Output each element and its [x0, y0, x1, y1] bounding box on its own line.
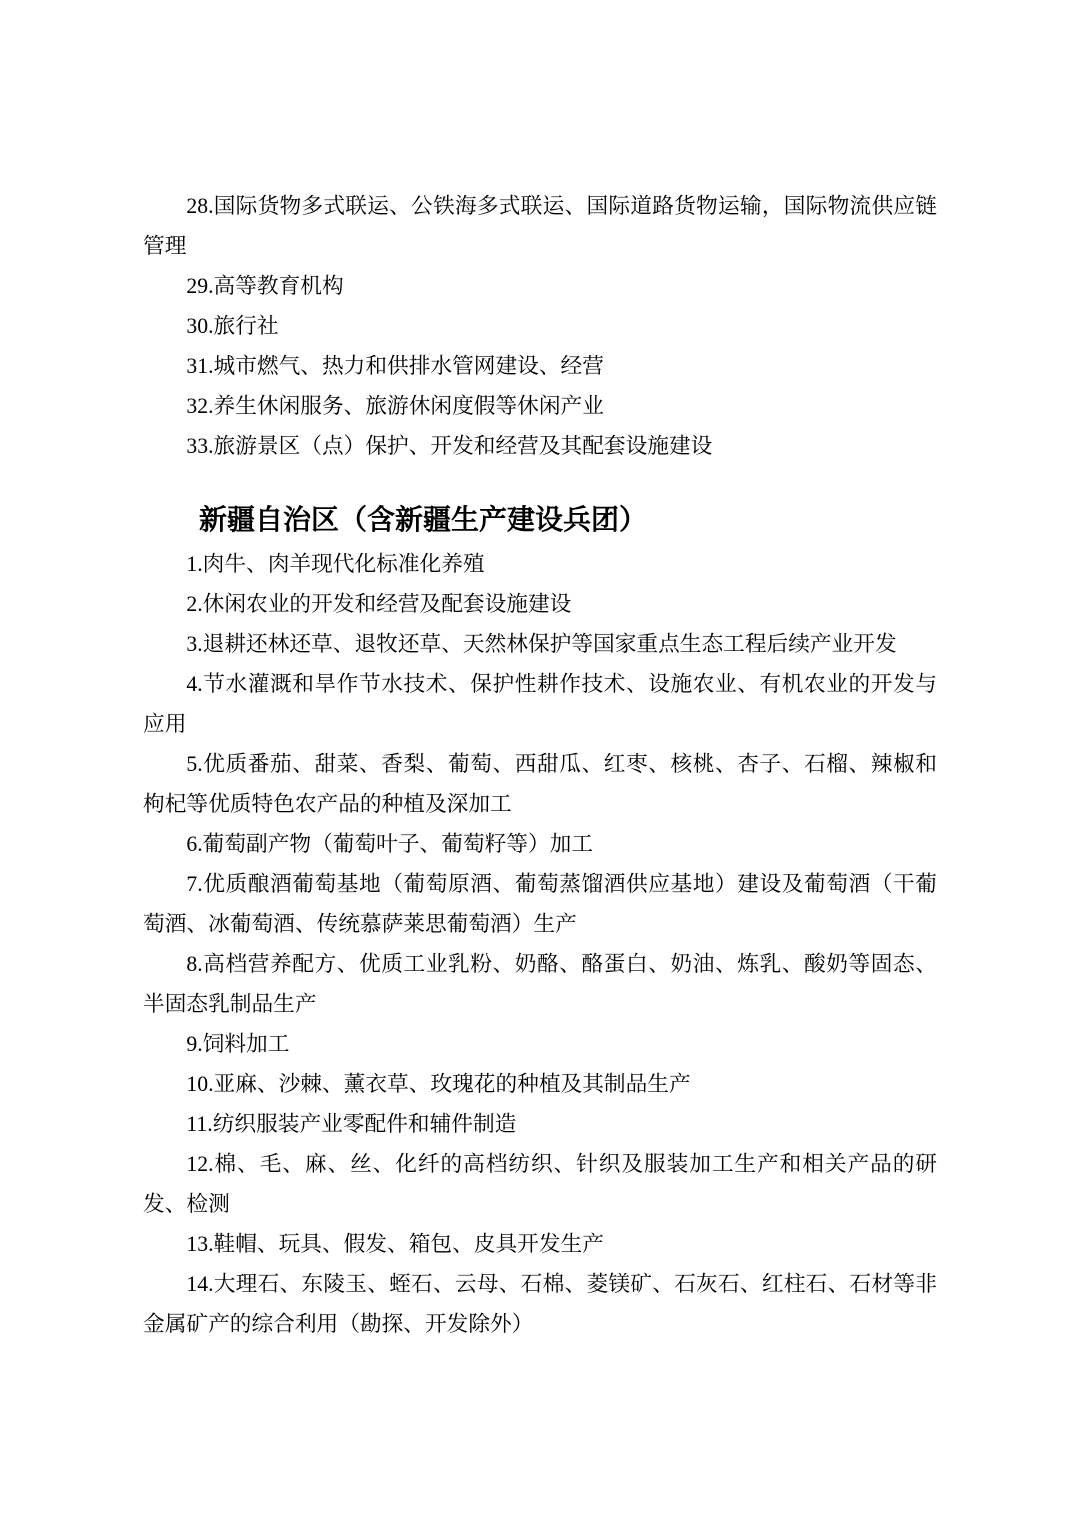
item-number: 12.: [186, 1152, 213, 1176]
item-number: 7.: [186, 872, 202, 896]
item-text: 优质番茄、甜菜、香梨、葡萄、西甜瓜、红枣、核桃、杏子、石榴、辣椒和枸杞等优质特色…: [143, 752, 937, 816]
item-text: 高等教育机构: [214, 274, 344, 298]
item-number: 1.: [186, 552, 202, 576]
item-number: 10.: [186, 1072, 213, 1096]
item-number: 11.: [186, 1112, 212, 1136]
item-text: 休闲农业的开发和经营及配套设施建设: [203, 592, 572, 616]
item-text: 旅行社: [214, 314, 279, 338]
item-text: 养生休闲服务、旅游休闲度假等休闲产业: [214, 394, 604, 418]
item-text: 肉牛、肉羊现代化标准化养殖: [203, 552, 485, 576]
list-item: 30.旅行社: [143, 306, 937, 346]
document-page: 28.国际货物多式联运、公铁海多式联运、国际道路货物运输，国际物流供应链管理 2…: [0, 0, 1074, 1520]
item-text: 鞋帽、玩具、假发、箱包、皮具开发生产: [214, 1232, 604, 1256]
list-item: 7.优质酿酒葡萄基地（葡萄原酒、葡萄蒸馏酒供应基地）建设及葡萄酒（干葡萄酒、冰葡…: [143, 864, 937, 944]
section-heading: 新疆自治区（含新疆生产建设兵团）: [143, 496, 937, 544]
item-number: 14.: [186, 1272, 213, 1296]
item-text: 退耕还林还草、退牧还草、天然林保护等国家重点生态工程后续产业开发: [203, 632, 897, 656]
list-item: 28.国际货物多式联运、公铁海多式联运、国际道路货物运输，国际物流供应链管理: [143, 186, 937, 266]
item-number: 6.: [186, 832, 202, 856]
item-number: 5.: [186, 752, 202, 776]
item-text: 城市燃气、热力和供排水管网建设、经营: [214, 354, 604, 378]
list-item: 14.大理石、东陵玉、蛭石、云母、石棉、菱镁矿、石灰石、红柱石、石材等非金属矿产…: [143, 1264, 937, 1344]
item-number: 8.: [186, 952, 202, 976]
item-text: 旅游景区（点）保护、开发和经营及其配套设施建设: [214, 434, 713, 458]
list-item: 3.退耕还林还草、退牧还草、天然林保护等国家重点生态工程后续产业开发: [143, 624, 937, 664]
list-item: 8.高档营养配方、优质工业乳粉、奶酪、酪蛋白、奶油、炼乳、酸奶等固态、半固态乳制…: [143, 944, 937, 1024]
list-item: 11.纺织服装产业零配件和辅件制造: [143, 1104, 937, 1144]
list-item: 6.葡萄副产物（葡萄叶子、葡萄籽等）加工: [143, 824, 937, 864]
section-continued-list: 28.国际货物多式联运、公铁海多式联运、国际道路货物运输，国际物流供应链管理 2…: [143, 186, 937, 466]
item-text: 葡萄副产物（葡萄叶子、葡萄籽等）加工: [203, 832, 593, 856]
item-text: 国际货物多式联运、公铁海多式联运、国际道路货物运输，国际物流供应链管理: [143, 194, 937, 258]
item-number: 4.: [186, 672, 202, 696]
item-number: 3.: [186, 632, 202, 656]
item-text: 棉、毛、麻、丝、化纤的高档纺织、针织及服装加工生产和相关产品的研发、检测: [143, 1152, 937, 1216]
item-text: 饲料加工: [203, 1032, 290, 1056]
item-text: 高档营养配方、优质工业乳粉、奶酪、酪蛋白、奶油、炼乳、酸奶等固态、半固态乳制品生…: [143, 952, 937, 1016]
list-item: 31.城市燃气、热力和供排水管网建设、经营: [143, 346, 937, 386]
list-item: 32.养生休闲服务、旅游休闲度假等休闲产业: [143, 386, 937, 426]
item-number: 31.: [186, 354, 213, 378]
item-number: 13.: [186, 1232, 213, 1256]
list-item: 10.亚麻、沙棘、薰衣草、玫瑰花的种植及其制品生产: [143, 1064, 937, 1104]
list-item: 9.饲料加工: [143, 1024, 937, 1064]
item-text: 大理石、东陵玉、蛭石、云母、石棉、菱镁矿、石灰石、红柱石、石材等非金属矿产的综合…: [143, 1272, 937, 1336]
item-number: 9.: [186, 1032, 202, 1056]
item-text: 纺织服装产业零配件和辅件制造: [213, 1112, 517, 1136]
list-item: 12.棉、毛、麻、丝、化纤的高档纺织、针织及服装加工生产和相关产品的研发、检测: [143, 1144, 937, 1224]
item-number: 30.: [186, 314, 213, 338]
item-text: 亚麻、沙棘、薰衣草、玫瑰花的种植及其制品生产: [214, 1072, 691, 1096]
list-item: 5.优质番茄、甜菜、香梨、葡萄、西甜瓜、红枣、核桃、杏子、石榴、辣椒和枸杞等优质…: [143, 744, 937, 824]
item-number: 29.: [186, 274, 213, 298]
list-item: 1.肉牛、肉羊现代化标准化养殖: [143, 544, 937, 584]
item-number: 32.: [186, 394, 213, 418]
item-number: 33.: [186, 434, 213, 458]
item-text: 优质酿酒葡萄基地（葡萄原酒、葡萄蒸馏酒供应基地）建设及葡萄酒（干葡萄酒、冰葡萄酒…: [143, 872, 937, 936]
list-item: 29.高等教育机构: [143, 266, 937, 306]
list-item: 33.旅游景区（点）保护、开发和经营及其配套设施建设: [143, 426, 937, 466]
list-item: 2.休闲农业的开发和经营及配套设施建设: [143, 584, 937, 624]
section-xinjiang-list: 1.肉牛、肉羊现代化标准化养殖 2.休闲农业的开发和经营及配套设施建设 3.退耕…: [143, 544, 937, 1344]
list-item: 13.鞋帽、玩具、假发、箱包、皮具开发生产: [143, 1224, 937, 1264]
item-number: 28.: [186, 194, 213, 218]
list-item: 4.节水灌溉和旱作节水技术、保护性耕作技术、设施农业、有机农业的开发与应用: [143, 664, 937, 744]
item-text: 节水灌溉和旱作节水技术、保护性耕作技术、设施农业、有机农业的开发与应用: [143, 672, 937, 736]
item-number: 2.: [186, 592, 202, 616]
